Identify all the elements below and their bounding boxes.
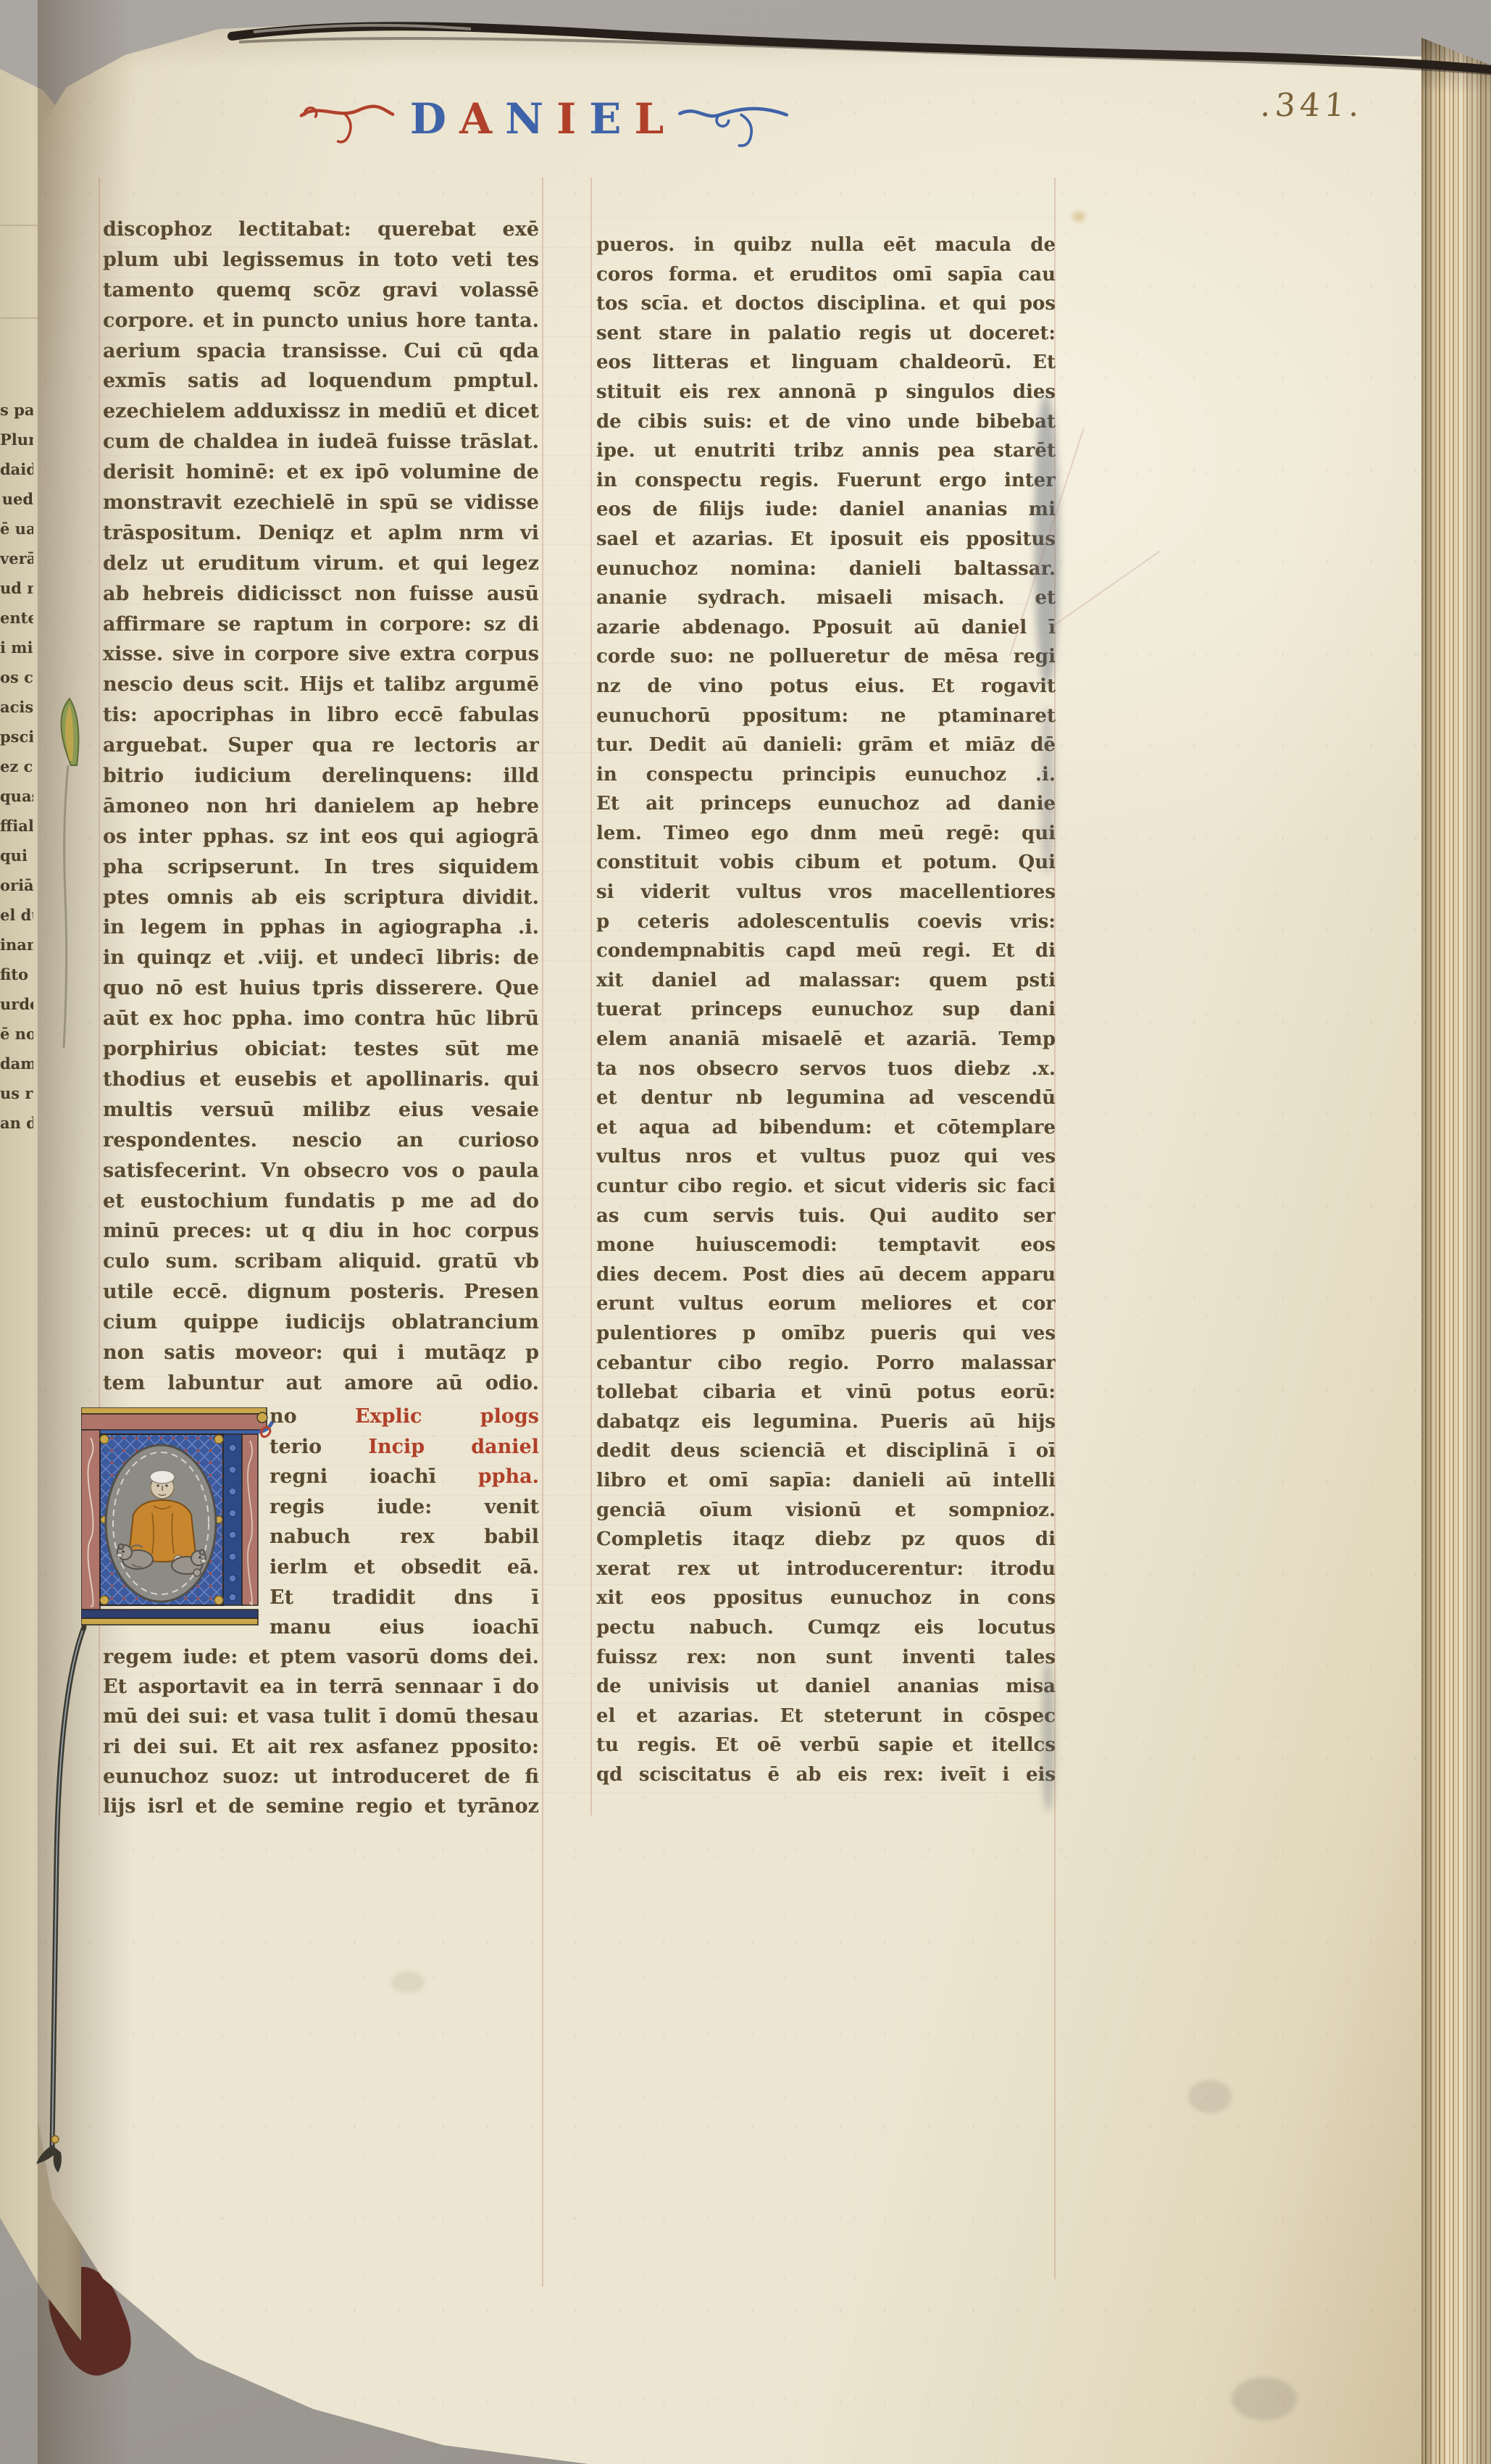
text-line: in legem in pphas in agiographa .i. [103, 912, 539, 943]
text-line: tos scīa. et doctos disciplina. et qui p… [596, 289, 1056, 319]
text-line: respondentes. nescio an curioso lectori. [103, 1125, 539, 1156]
text-line: xerat rex ut introducerentur: itrodu [596, 1554, 1056, 1584]
text-line: eunuchoz suoz: ut introduceret de fi [103, 1762, 539, 1791]
text-line: tuerat princeps eunuchoz sup dani [596, 995, 1056, 1025]
text-line: ipe. ut enutriti tribz annis pea starēt [596, 436, 1056, 466]
text-line: ptes omnis ab eis scriptura dividit. [103, 883, 539, 913]
text-line: condempnabitis capd meū regi. Et di [596, 936, 1056, 966]
text-line: de cibis suis: et de vino unde bibebat [596, 407, 1056, 437]
text-line: xit daniel ad malassar: quem psti [596, 966, 1056, 996]
text-line: os cepi [0, 662, 33, 692]
text-line: non satis moveor: qui i mutāqz p [103, 1338, 539, 1368]
header-flourish-left [296, 90, 398, 148]
text-line: fuissz rex: non sunt inventi tales [596, 1643, 1056, 1673]
title-letter: L [627, 94, 670, 143]
text-line: pueros. in quibz nulla eēt macula de [596, 230, 1056, 260]
text-line: sael et azarias. Et iposuit eis ppositus [596, 525, 1056, 554]
text-line: daide [0, 454, 33, 484]
text-line: ente. la [0, 603, 33, 633]
text-line: regni ioachī ppha. [270, 1462, 539, 1492]
text-line: aerium spacia transisse. Cui cū qda [103, 336, 539, 367]
text-line: ud m [0, 573, 33, 603]
text-line: utile eccē. dignum posteris. Presen [103, 1277, 539, 1307]
text-line: mone huiuscemodi: temptavit eos [596, 1231, 1056, 1260]
text-line: in conspectu regis. Fuerunt ergo inter [596, 466, 1056, 496]
text-line: i mich [0, 633, 33, 662]
text-line: regis iude: venit [270, 1492, 539, 1523]
manuscript-photo: s papPlumidaideuedē uaverāud mente. lai … [0, 0, 1491, 2464]
text-line: porphirius obiciat: testes sūt me [103, 1034, 539, 1065]
text-line: ē ua [0, 514, 33, 544]
ruling-line-intercolumn-2 [590, 178, 592, 1815]
text-line: arguebat. Super qua re lectoris ar [103, 731, 539, 761]
text-line: erunt vultus eorum meliores et cor [596, 1289, 1056, 1319]
text-line: discophoz lectitabat: querebat exē [103, 215, 539, 245]
text-line: tollebat cibaria et vinū potus eorū: [596, 1378, 1056, 1407]
ruling-line-intercolumn [542, 178, 543, 2286]
text-line: Plumi [0, 425, 33, 454]
text-line: ri dei sui. Et ait rex asfanez pposito: [103, 1732, 539, 1762]
text-line: aūt ex hoc ppha. imo contra hūc librū [103, 1004, 539, 1034]
text-line: pha scripserunt. In tres siquidem [103, 852, 539, 883]
text-line: xit eos ppositus eunuchoz in cons [596, 1583, 1056, 1613]
text-line: tis: apocriphas in libro eccē fabulas [103, 700, 539, 731]
text-line: eunuchoz nomina: danieli baltassar. [596, 554, 1056, 584]
text-line: multis versuū milibz eius vesaie [103, 1095, 539, 1125]
text-line: exmīs satis ad loquendum pmptul. [103, 366, 539, 396]
text-line: minū preces: ut q diu in hoc corpus [103, 1216, 539, 1246]
text-line: Et asportavit ea in terrā sennaar ī do [103, 1672, 539, 1702]
text-line: eos litteras et linguam chaldeorū. Et [596, 348, 1056, 378]
text-line: libro et omī sapīa: danieli aū intelli [596, 1466, 1056, 1496]
text-line: os inter pphas. sz int eos qui agiogrā [103, 822, 539, 852]
text-line: de univisis ut daniel ananias misa [596, 1672, 1056, 1702]
text-line: āmoneo non hri danielem ap hebre [103, 791, 539, 822]
text-line: affirmare se raptum in corpore: sz di [103, 609, 539, 640]
text-line: stituit eis rex annonā p singulos dies [596, 378, 1056, 407]
running-title: DANIEL [288, 78, 800, 159]
incipit-rubric-column: no Explic plogsterio Incip danielregni i… [270, 1402, 539, 1643]
text-line: azarie abdenago. Pposuit aū daniel ī [596, 613, 1056, 643]
text-line: dies decem. Post dies aū decem apparu [596, 1260, 1056, 1290]
title-letter: E [582, 94, 627, 143]
text-line: pectu nabuch. Cumqz eis locutus [596, 1613, 1056, 1643]
running-title-letters: DANIEL [404, 98, 670, 140]
text-line: tur. Dedit aū danieli: grām et miāz dē [596, 731, 1056, 760]
text-line: cebantur cibo regio. Porro malassar [596, 1349, 1056, 1378]
text-line: Completis itaqz diebz pz quos di [596, 1525, 1056, 1554]
text-line: Et tradidit dns ī [270, 1583, 539, 1613]
text-line: culo sum. scribam aliquid. gratū vb [103, 1246, 539, 1277]
text-line: monstravit ezechielē in spū se vidisse [103, 488, 539, 518]
text-line: satisfecerint. Vn obsecro vos o paula [103, 1156, 539, 1186]
text-line: delz ut eruditum virum. et qui legez [103, 549, 539, 579]
text-line: dabatqz eis legumina. Pueris aū hijs [596, 1407, 1056, 1437]
title-letter: N [498, 94, 550, 143]
text-line: s pap [0, 395, 33, 425]
text-line: corpore. et in puncto unius hore tanta. [103, 306, 539, 336]
text-line: quo nō est huius tpris disserere. Que [103, 973, 539, 1004]
text-line: terio Incip daniel [270, 1432, 539, 1462]
historiated-initial-daniel [81, 1407, 275, 1626]
text-line: corde suo: ne pollueretur de mēsa regi [596, 642, 1056, 672]
left-column-below-initial: regem iude: et ptem vasorū doms dei.Et a… [103, 1642, 539, 1821]
text-line: ierlm et obsedit eā. [270, 1552, 539, 1583]
text-line: ab hebreis didicissct non fuisse ausū [103, 579, 539, 609]
fore-edge-page-stack [1421, 29, 1491, 2464]
text-line: cium quippe iudicijs oblatrancium [103, 1307, 539, 1338]
text-line: el et azarias. Et steterunt in cōspec [596, 1702, 1056, 1731]
text-line: no Explic plogs [270, 1402, 539, 1432]
text-line: tamento quemq scōz gravi volassē [103, 275, 539, 306]
text-line: mū dei sui: et vasa tulit ī domū thesau [103, 1702, 539, 1731]
text-line: ued [0, 484, 33, 514]
text-line: eunuchorū ppositum: ne ptaminaret [596, 702, 1056, 731]
text-line: constituit vobis cibum et potum. Qui [596, 848, 1056, 878]
text-line: et aqua ad bibendum: et cōtemplare [596, 1113, 1056, 1143]
title-letter: D [404, 94, 453, 143]
text-line: pulentiores p omībz pueris qui ves [596, 1319, 1056, 1349]
text-line: manu eius ioachī [270, 1612, 539, 1643]
text-line: tem labuntur aut amore aū odio. [103, 1368, 539, 1399]
text-line: genciā oīum visionū et sompnioz. [596, 1496, 1056, 1526]
text-line: derisit hominē: et ex ipō volumine de [103, 457, 539, 488]
text-line: bitrio iudicium derelinquens: illd [103, 761, 539, 791]
text-line: qd sciscitatus ē ab eis rex: iveīt i eis [596, 1760, 1056, 1790]
text-line: sent stare in palatio regis ut doceret: [596, 319, 1056, 349]
left-column-text: discophoz lectitabat: querebat exēplum u… [103, 215, 539, 1399]
text-line: Et ait princeps eunuchoz ad danie [596, 789, 1056, 819]
text-line: nabuch rex babil [270, 1522, 539, 1552]
text-line: et dentur nb legumina ad vescendū [596, 1083, 1056, 1113]
text-line: cum de chaldea in iudeā fuisse trāslat. [103, 427, 539, 457]
text-line: dedit deus scienciā et disciplinā ī oī [596, 1436, 1056, 1466]
right-column-text: pueros. in quibz nulla eēt macula decoro… [596, 230, 1056, 1789]
text-line: thodius et eusebis et apollinaris. qui [103, 1065, 539, 1095]
title-letter: A [453, 94, 498, 143]
text-line: trāspositum. Deniqz et aplm nrm vi [103, 518, 539, 549]
text-line: elem ananiā misaelē et azariā. Temp [596, 1025, 1056, 1054]
text-line: coros forma. et eruditos omī sapīa cau [596, 260, 1056, 290]
text-line: ezechielem adduxissz in mediū et dicet [103, 396, 539, 427]
text-line: et eustochium fundatis p me ad do [103, 1186, 539, 1217]
text-line: vultus nros et vultus puoz qui ves [596, 1142, 1056, 1172]
text-line: in conspectu principis eunuchoz .i. [596, 760, 1056, 790]
text-line: plum ubi legissemus in toto veti tes [103, 245, 539, 275]
text-line: ananie sydrach. misaeli misach. et [596, 583, 1056, 613]
text-line: verā [0, 544, 33, 573]
text-line: p ceteris adolescentulis coevis vris: [596, 907, 1056, 937]
initial-marginal-flourish [14, 696, 101, 2232]
text-line: lijs isrl et de semine regio et tyrānoz [103, 1791, 539, 1821]
text-line: cuntur cibo regio. et sicut videris sic … [596, 1172, 1056, 1202]
text-line: in quinqz et .viij. et undecī libris: de [103, 943, 539, 973]
title-letter: I [550, 94, 582, 143]
text-line: lem. Timeo ego dnm meū regē: qui [596, 819, 1056, 849]
text-line: nescio deus scit. Hijs et talibz argumē [103, 670, 539, 700]
text-line: xisse. sive in corpore sive extra corpus [103, 639, 539, 670]
text-line: si viderit vultus vros macellentiores [596, 878, 1056, 907]
text-line: as cum servis tuis. Qui audito ser [596, 1202, 1056, 1231]
text-line: regem iude: et ptem vasorū doms dei. [103, 1642, 539, 1672]
text-line: eos de filijs iude: daniel ananias mi [596, 495, 1056, 525]
text-line: ta nos obsecro servos tuos diebz .x. [596, 1054, 1056, 1084]
text-line: tu regis. Et oē verbū sapie et itellcs [596, 1731, 1056, 1760]
header-flourish-right [676, 86, 792, 152]
text-line: nz de vino potus eius. Et rogavit [596, 672, 1056, 702]
folio-number: .341. [1259, 87, 1365, 124]
